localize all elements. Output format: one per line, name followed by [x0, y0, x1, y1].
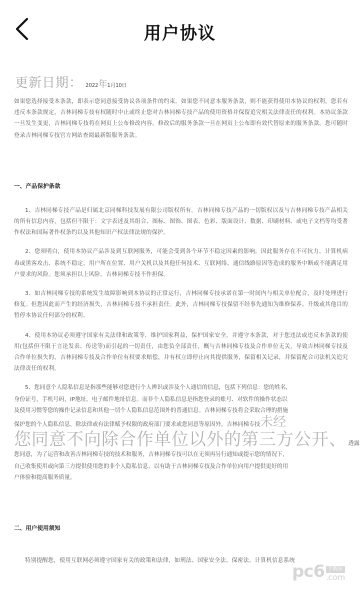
update-date: 更新日期： 2022 年 1月10日	[15, 72, 127, 91]
clause-2: 2、您须明白，使用本协议产品涉及到互联网服务，可能会受到各个环节不稳定因素的影响…	[14, 247, 348, 281]
privacy-line: 户体验和提高服务质量。	[14, 473, 348, 484]
clause-1: 1、吉林同梯专技产品是归属北京同梯科技发展有限公司版权所有。吉林同梯专技产品的一…	[14, 206, 348, 240]
clause-4: 4、使用本协议必须遵守国家有关法律和政策等，维护国家利益，保护国家安全，并遵守本…	[14, 331, 348, 376]
user-agreement-page: 用户协议 更新日期： 2022 年 1月10日 如果您选择接受本条款，即表示您同…	[0, 0, 360, 600]
privacy-line: 您同意，为了运营和改善吉林同梯专技的技术和服务，吉林同梯专技可以在无须再另行通知…	[14, 450, 348, 461]
privacy-enlarged-text: 您同意不向除合作单位以外的第三方公开、	[14, 430, 347, 450]
privacy-line: 及使用习惯等您的操作记录信息和其他一切个人隐私信息范围外的普通信息。吉林同梯专技…	[14, 406, 348, 417]
update-date-year: 2022	[86, 83, 99, 89]
privacy-line-text: 保护您的个人隐私信息，除法律或有法律赋予权限的政府部门要求或您同意等原因外，吉林…	[14, 422, 260, 428]
pc6-watermark: pc6 下载站 .com	[292, 562, 345, 582]
clause-5-privacy: 5、您同意个人隐私信息是指那些能够对您进行个人辨识或涉及个人通信的信息，包括下列…	[14, 383, 348, 484]
header-bar: 用户协议	[0, 0, 360, 58]
chevron-left-icon	[15, 17, 29, 41]
section-title-user-notice: 二、用户使用须知	[14, 524, 348, 534]
watermark-box: 下载站	[326, 566, 345, 573]
watermark-domain: .com	[326, 573, 346, 582]
privacy-line: 自己收集使用或向第三方提供使用您的非个人隐私信息，以有助于吉林同梯专技及合作单位…	[14, 462, 348, 473]
update-date-month-day: 1月10日	[107, 82, 127, 89]
back-button[interactable]	[10, 14, 34, 44]
privacy-line: 保护您的个人隐私信息，除法律或有法律赋予权限的政府部门要求或您同意等原因外，吉林…	[14, 417, 348, 431]
privacy-enlarged-tail: 未经	[260, 415, 286, 430]
update-date-label: 更新日期：	[15, 72, 83, 91]
privacy-line: 5、您同意个人隐私信息是指那些能够对您进行个人辨识或涉及个人通信的信息，包括下列…	[14, 383, 348, 394]
page-title: 用户协议	[144, 19, 216, 44]
agreement-content[interactable]: 如果您选择接受本条款，即表示您同意接受协议各项条件的约束。如果您不同意本服务条款…	[14, 97, 348, 567]
update-date-nian: 年	[98, 77, 107, 90]
privacy-enlarged-line: 您同意不向除合作单位以外的第三方公开、 透露您个人隐私信息。	[14, 431, 348, 450]
section-title-product-protection: 一、产品保护条款	[14, 182, 348, 192]
privacy-enlarged-line-tail: 透露您个人隐私信息。	[348, 441, 360, 447]
intro-paragraph: 如果您选择接受本条款，即表示您同意接受协议各项条件的约束。如果您不同意本服务条款…	[14, 97, 348, 142]
clause-3: 3、如吉林同梯专技的系统发生故障影响到本协议的正常运行，吉林同梯专技承诺在第一时…	[14, 289, 348, 323]
watermark-brand: pc6	[292, 562, 325, 582]
privacy-line: 身份证号，手机号码，IP地址，电子邮件地址信息。而非个人隐私信息是指您登录的账号…	[14, 395, 348, 406]
